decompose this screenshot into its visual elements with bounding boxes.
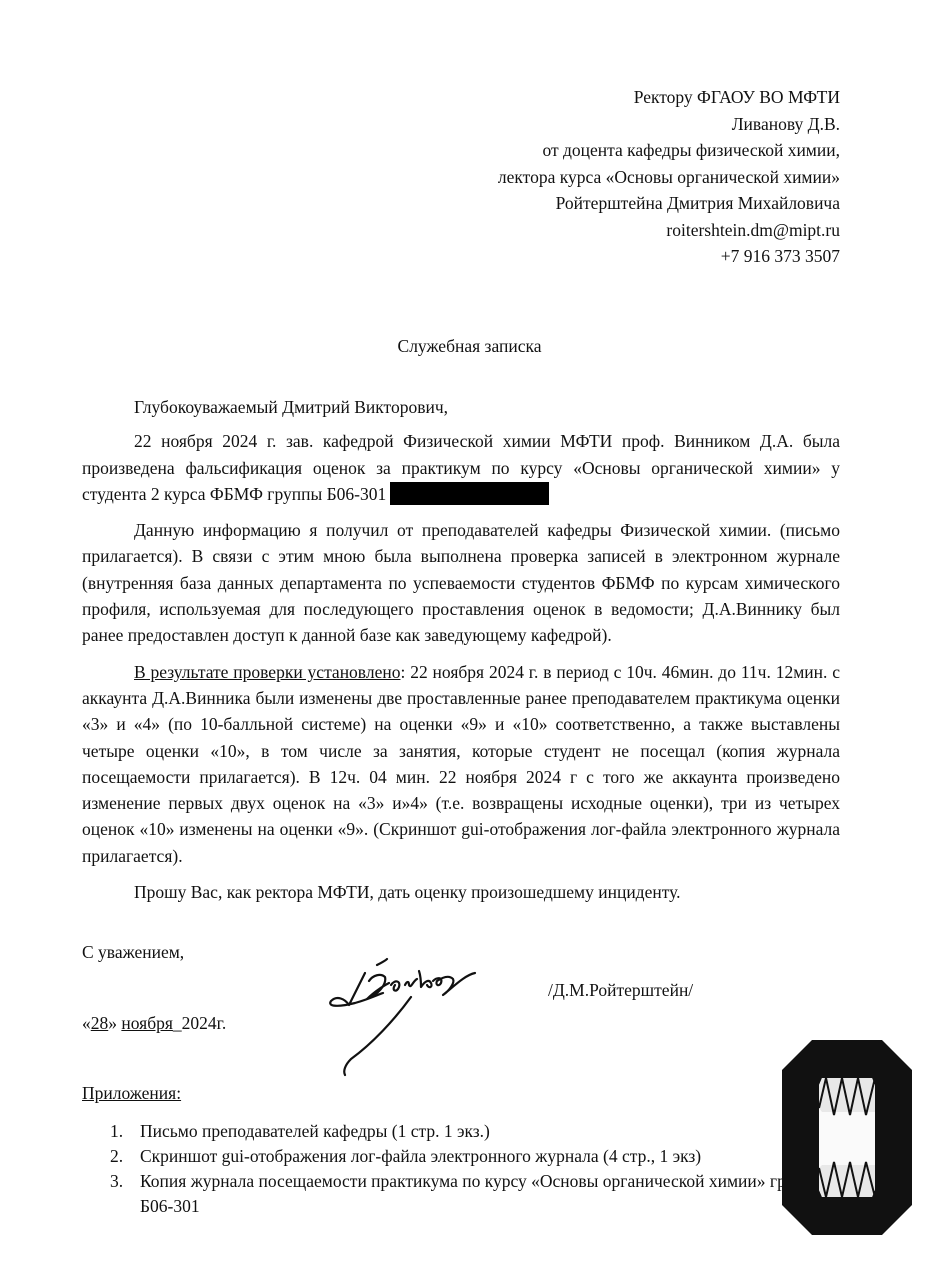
findings-lead: В результате проверки установлено xyxy=(134,662,400,682)
attachment-text: Копия журнала посещаемости практикума по… xyxy=(140,1171,825,1216)
date-quote-close: » xyxy=(108,1013,121,1033)
date-month: ноября xyxy=(121,1013,173,1033)
attachment-number: 3. xyxy=(110,1169,123,1194)
paragraph-2: Данную информацию я получил от преподава… xyxy=(82,517,840,648)
attachment-text: Скриншот gui-отображения лог-файла элект… xyxy=(140,1146,701,1166)
paragraph-1: 22 ноября 2024 г. зав. кафедрой Физическ… xyxy=(82,428,840,507)
attachments-heading: Приложения: xyxy=(82,1083,181,1104)
addressee-line: Ливанову Д.В. xyxy=(498,111,840,138)
paragraph-3: В результате проверки установлено: 22 но… xyxy=(82,659,840,869)
addressee-line: от доцента кафедры физической химии, xyxy=(498,137,840,164)
closing-phrase: С уважением, xyxy=(82,942,184,963)
attachment-item: 2.Скриншот gui-отображения лог-файла эле… xyxy=(82,1144,842,1169)
date-quote-open: « xyxy=(82,1013,91,1033)
addressee-block: Ректору ФГАОУ ВО МФТИ Ливанову Д.В. от д… xyxy=(498,84,840,270)
addressee-line: лектора курса «Основы органической химии… xyxy=(498,164,840,191)
attachment-number: 1. xyxy=(110,1119,123,1144)
signatory-name: /Д.М.Ройтерштейн/ xyxy=(548,980,693,1001)
date-year: _2024г. xyxy=(173,1013,226,1033)
attachment-text: Письмо преподавателей кафедры (1 стр. 1 … xyxy=(140,1121,490,1141)
addressee-email: roitershtein.dm@mipt.ru xyxy=(498,217,840,244)
date-line: «28» ноября_2024г. xyxy=(82,1013,226,1034)
document-page: Ректору ФГАОУ ВО МФТИ Ливанову Д.В. от д… xyxy=(0,0,939,1280)
greeting: Глубокоуважаемый Дмитрий Викторович, xyxy=(82,394,840,420)
addressee-line: Ректору ФГАОУ ВО МФТИ xyxy=(498,84,840,111)
findings-text: : 22 ноября 2024 г. в период с 10ч. 46ми… xyxy=(82,662,840,866)
attachments-list: 1.Письмо преподавателей кафедры (1 стр. … xyxy=(82,1119,842,1219)
addressee-phone: +7 916 373 3507 xyxy=(498,243,840,270)
letter-body: Глубокоуважаемый Дмитрий Викторович, 22 … xyxy=(82,394,840,915)
signature-icon xyxy=(325,955,515,1085)
document-title: Служебная записка xyxy=(0,336,939,357)
paragraph-4: Прошу Вас, как ректора МФТИ, дать оценку… xyxy=(82,879,840,905)
redaction-box xyxy=(390,482,549,505)
attachment-number: 2. xyxy=(110,1144,123,1169)
date-day: 28 xyxy=(91,1013,109,1033)
attachment-item: 3.Копия журнала посещаемости практикума … xyxy=(82,1169,842,1219)
addressee-line: Ройтерштейна Дмитрия Михайловича xyxy=(498,190,840,217)
zero-teeth-logo-icon xyxy=(782,1040,912,1235)
attachment-item: 1.Письмо преподавателей кафедры (1 стр. … xyxy=(82,1119,842,1144)
